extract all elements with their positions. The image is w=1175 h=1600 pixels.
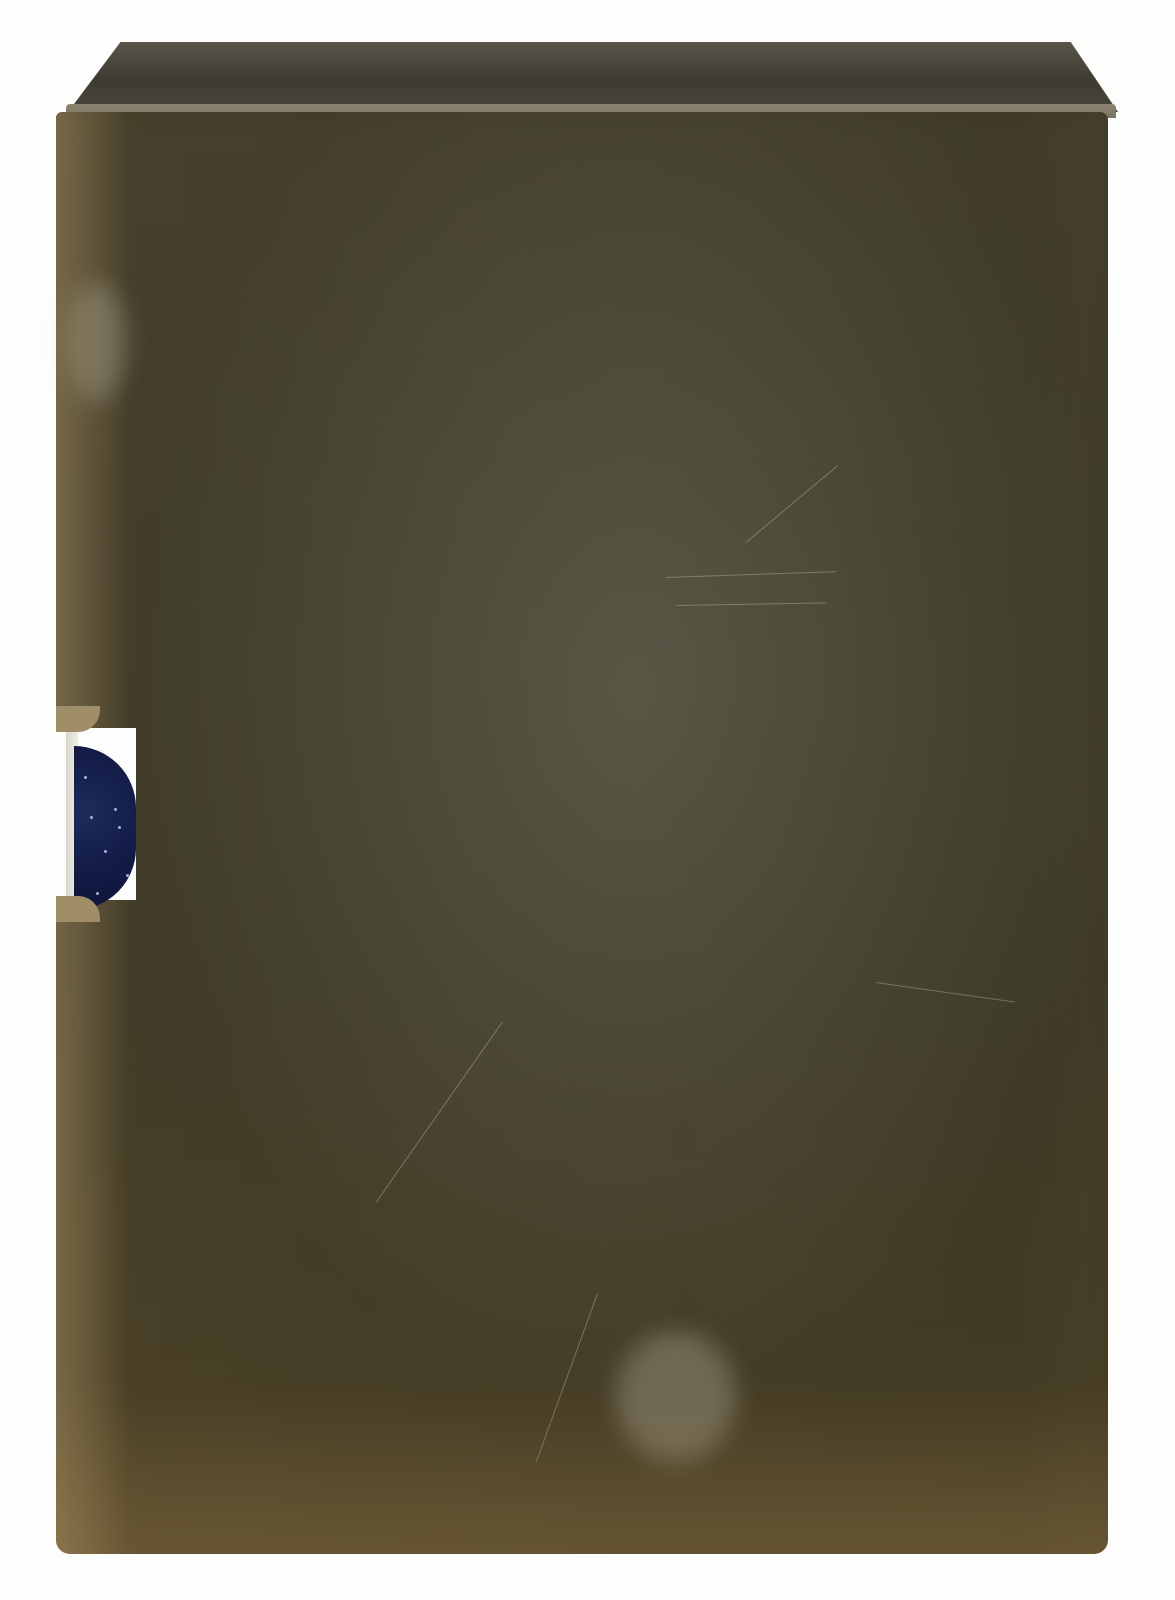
scratch-mark <box>666 571 836 578</box>
scratch-mark <box>876 982 1015 1002</box>
slipcase-face <box>56 112 1108 1554</box>
scratch-mark <box>676 602 826 606</box>
speck <box>84 776 87 779</box>
photo-scene <box>0 0 1175 1600</box>
stain-mark <box>678 1272 692 1332</box>
slipcase-top-edge <box>68 42 1118 112</box>
worn-patch <box>616 1332 736 1462</box>
worn-patch <box>66 282 126 402</box>
speck <box>114 808 117 811</box>
scratch-mark <box>536 1293 599 1462</box>
speck <box>104 850 107 853</box>
speck <box>90 816 93 819</box>
scratch-mark <box>746 465 839 543</box>
stain-mark <box>674 1122 692 1156</box>
scratch-mark <box>376 1022 503 1203</box>
speck <box>118 826 121 829</box>
speck <box>126 874 129 877</box>
speck <box>96 892 99 895</box>
